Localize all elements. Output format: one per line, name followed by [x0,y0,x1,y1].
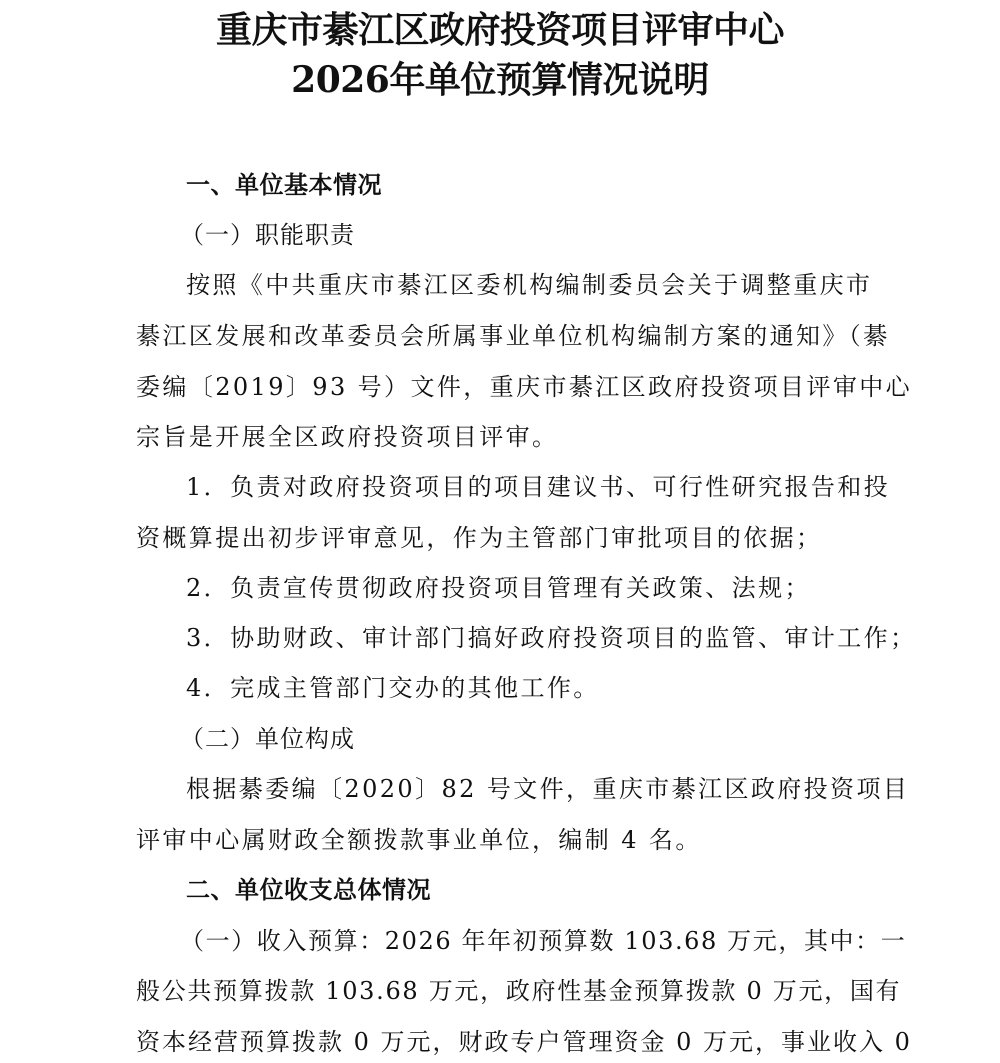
subsection-heading-functions: （一）职能职责 [180,220,355,250]
paragraph-line: （一）收入预算：2026 年年初预算数 103.68 万元，其中：一 [180,926,906,956]
section-heading-basic-info: 一、单位基本情况 [186,170,382,200]
section-heading-budget-overview: 二、单位收支总体情况 [186,875,431,905]
duty-item-1-cont: 资概算提出初步评审意见，作为主管部门审批项目的依据； [136,523,822,553]
paragraph-line: 綦江区发展和改革委员会所属事业单位机构编制方案的通知》（綦 [136,321,890,351]
duty-item-4: 4．完成主管部门交办的其他工作。 [186,673,600,703]
subsection-heading-composition: （二）单位构成 [180,724,355,754]
paragraph-line: 评审中心属财政全额拨款事业单位，编制 4 名。 [136,825,702,855]
paragraph-line: 资本经营预算拨款 0 万元，财政专户管理资金 0 万元，事业收入 0 [136,1027,912,1057]
duty-item-3: 3．协助财政、审计部门搞好政府投资项目的监管、审计工作； [186,623,916,653]
document-subtitle: 2026年单位预算情况说明 [0,58,1000,102]
paragraph-line: 般公共预算拨款 103.68 万元，政府性基金预算拨款 0 万元，国有 [136,976,901,1006]
paragraph-line: 按照《中共重庆市綦江区委机构编制委员会关于调整重庆市 [186,270,872,300]
paragraph-line: 宗旨是开展全区政府投资项目评审。 [136,422,558,452]
duty-item-2: 2．负责宣传贯彻政府投资项目管理有关政策、法规； [186,573,811,603]
paragraph-line: 根据綦委编〔2020〕82 号文件，重庆市綦江区政府投资项目 [186,774,909,804]
document-page: 重庆市綦江区政府投资项目评审中心 2026年单位预算情况说明 一、单位基本情况 … [0,0,1000,1063]
paragraph-line: 委编〔2019〕93 号）文件，重庆市綦江区政府投资项目评审中心 [136,372,912,402]
document-title: 重庆市綦江区政府投资项目评审中心 [0,8,1000,52]
duty-item-1: 1．负责对政府投资项目的项目建议书、可行性研究报告和投 [186,472,890,502]
